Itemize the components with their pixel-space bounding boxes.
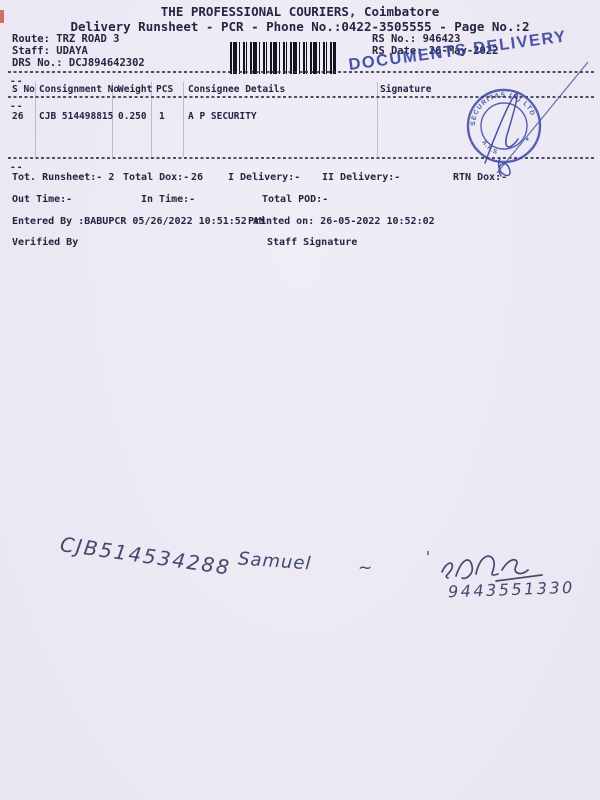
column-divider (377, 82, 378, 157)
row-sno: 26 (12, 112, 23, 122)
verified-by-label: Verified By (12, 237, 78, 248)
total-dox-label: Total Dox:- (123, 172, 189, 183)
handwritten-signature (430, 546, 550, 596)
seal-signature-scribble (485, 94, 518, 176)
handwritten-name: Samuel (237, 548, 312, 574)
column-divider (35, 82, 36, 157)
row-pcs: 1 (159, 112, 165, 122)
col-header-signature: Signature (380, 85, 431, 95)
route-field: Route: TRZ ROAD 3 (12, 34, 119, 46)
page-title: THE PROFESSIONAL COURIERS, Coimbatore (0, 5, 600, 19)
printed-on: Printed on: 26-05-2022 10:52:02 (248, 216, 435, 227)
handwritten-consignment-no: CJB514534288 (59, 532, 233, 580)
page-subtitle: Delivery Runsheet - PCR - Phone No.:0422… (0, 20, 600, 34)
in-time: In Time:- (141, 194, 195, 205)
total-dox-value: 26 (191, 172, 203, 183)
row-consignment-no: CJB 514498815 (39, 112, 113, 122)
barcode-icon (230, 42, 336, 74)
entered-by: Entered By :BABUPCR 05/26/2022 10:51:52 … (12, 216, 265, 227)
ii-delivery: II Delivery:- (322, 172, 400, 183)
rtn-dox: RTN Dox:- (453, 172, 507, 183)
i-delivery: I Delivery:- (228, 172, 300, 183)
staff-field: Staff: UDAYA (12, 46, 88, 58)
col-header-sno: S No (12, 85, 35, 95)
total-pod: Total POD:- (262, 194, 328, 205)
staff-signature-label: Staff Signature (267, 237, 357, 248)
row-consignee: A P SECURITY (188, 112, 257, 122)
runsheet-document: THE PROFESSIONAL COURIERS, Coimbatore De… (0, 0, 600, 800)
company-seal-stamp: SECURITAS (N) LTD A.P.S ★ (455, 55, 600, 190)
col-header-weight: Weight (118, 85, 152, 95)
drs-no-field: DRS No.: DCJ894642302 (12, 58, 145, 70)
tot-runsheet: Tot. Runsheet:- 2 (12, 172, 114, 183)
row-weight: 0.250 (118, 112, 147, 122)
col-header-consignee: Consignee Details (188, 85, 285, 95)
out-time: Out Time:- (12, 194, 72, 205)
column-divider (183, 82, 184, 157)
handwritten-dash: ~ (358, 558, 372, 578)
col-header-pcs: PCS (156, 85, 173, 95)
pen-diagonal-line (497, 62, 588, 173)
col-header-consignment: Consignment No (39, 85, 119, 95)
